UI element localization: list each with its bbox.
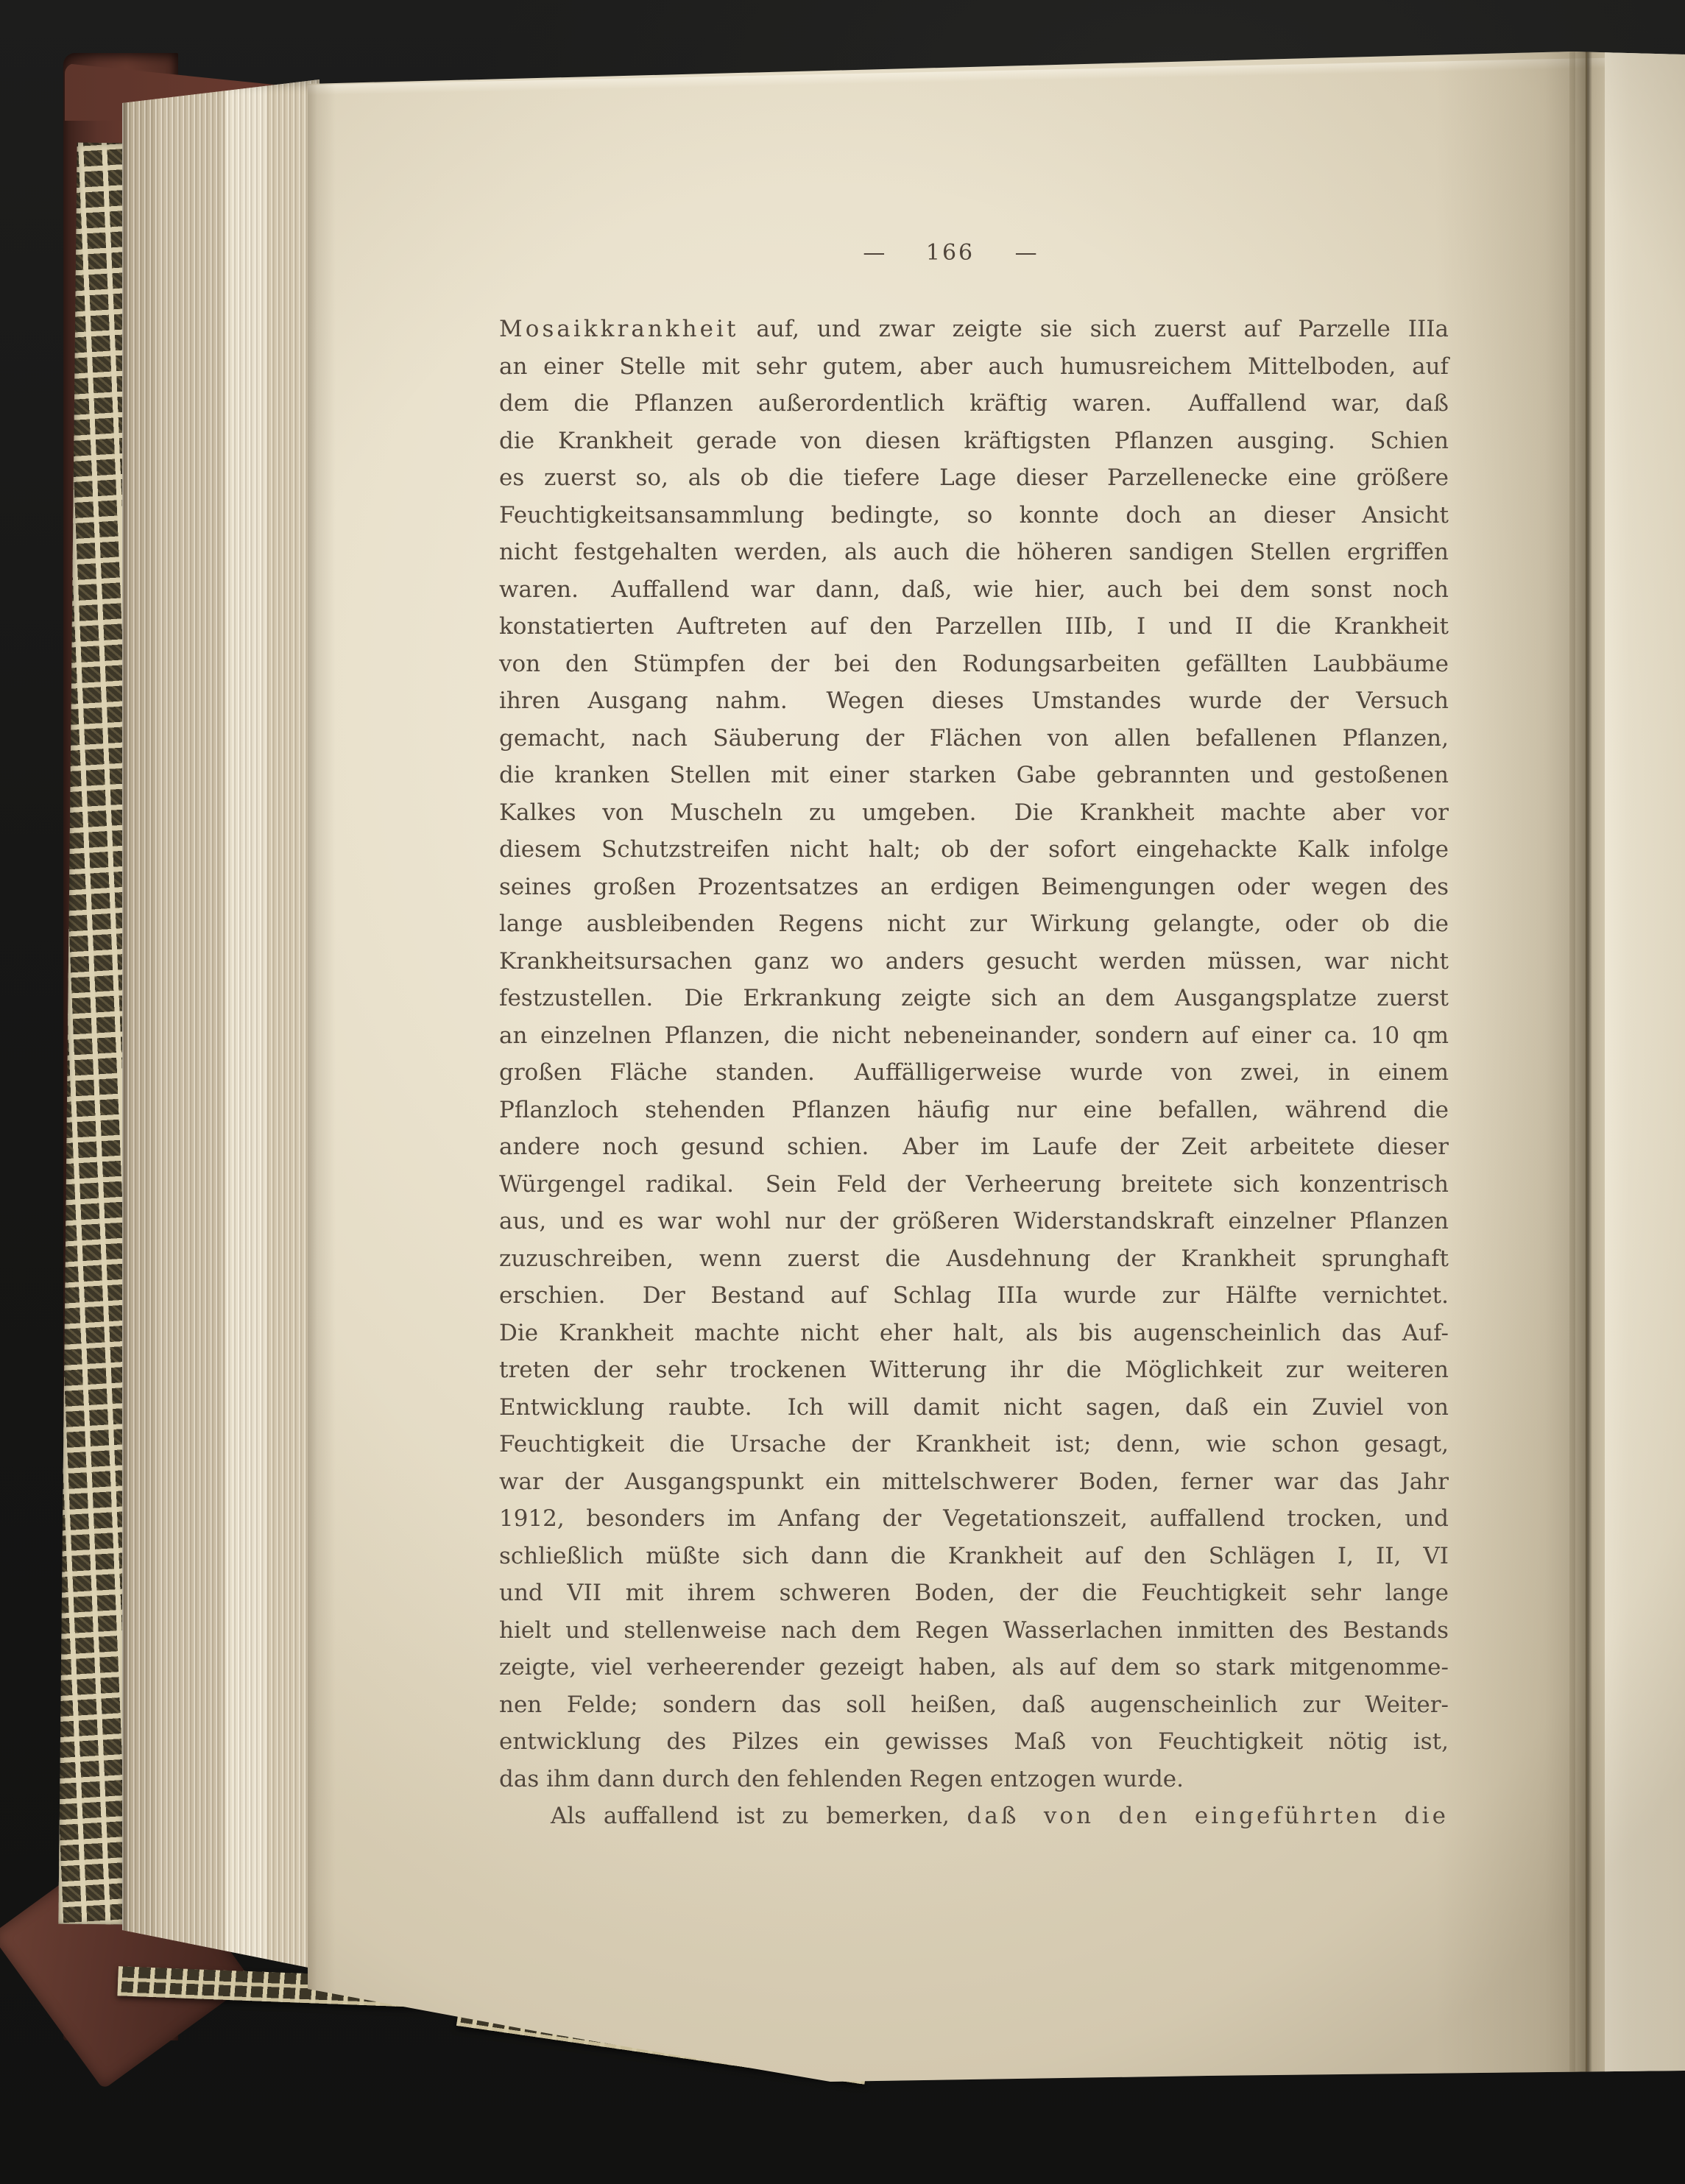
body-text: Entwicklung raubte. Ich will damit nicht… bbox=[499, 1394, 1449, 1421]
text-line: war der Ausgangspunkt ein mittelschwerer… bbox=[499, 1463, 1449, 1501]
text-line: Pflanzloch stehenden Pflanzen häufig nur… bbox=[499, 1092, 1449, 1129]
body-text: und VII mit ihrem schweren Boden, der di… bbox=[499, 1580, 1449, 1606]
body-text: Feuchtigkeitsansammlung bedingte, so kon… bbox=[499, 502, 1449, 529]
body-text: entwicklung des Pilzes ein gewisses Maß … bbox=[499, 1728, 1449, 1755]
text-line: das ihm dann durch den fehlenden Regen e… bbox=[499, 1761, 1449, 1798]
text-line: hielt und stellenweise nach dem Regen Wa… bbox=[499, 1612, 1449, 1650]
body-text: Als auffallend ist zu bemerken, bbox=[551, 1803, 967, 1829]
text-line: die Krankheit gerade von diesen kräftigs… bbox=[499, 423, 1449, 460]
header-dash-right: — bbox=[1015, 234, 1038, 272]
body-text: die kranken Stellen mit einer starken Ga… bbox=[499, 762, 1449, 788]
body-text: zuzuschreiben, wenn zuerst die Ausdehnun… bbox=[499, 1245, 1449, 1272]
letterspaced-text: Mosaikkrankheit bbox=[499, 316, 738, 342]
text-line: aus, und es war wohl nur der größeren Wi… bbox=[499, 1203, 1449, 1240]
text-line: großen Fläche standen. Auffälligerweise … bbox=[499, 1054, 1449, 1092]
text-line: Würgengel radikal. Sein Feld der Verheer… bbox=[499, 1166, 1449, 1204]
text-line: erschien. Der Bestand auf Schlag IIIa wu… bbox=[499, 1277, 1449, 1315]
body-text: waren. Auffallend war dann, daß, wie hie… bbox=[499, 576, 1449, 603]
body-text: an einzelnen Pflanzen, die nicht nebenei… bbox=[499, 1022, 1449, 1049]
body-text: diesem Schutzstreifen nicht halt; ob der… bbox=[499, 836, 1449, 863]
body-text: hielt und stellenweise nach dem Regen Wa… bbox=[499, 1617, 1449, 1644]
header-dash-left: — bbox=[863, 234, 886, 272]
text-line: an einer Stelle mit sehr gutem, aber auc… bbox=[499, 348, 1449, 386]
text-line: Krankheitsursachen ganz wo anders gesuch… bbox=[499, 943, 1449, 980]
body-text: das ihm dann durch den fehlenden Regen e… bbox=[499, 1766, 1184, 1792]
body-text: schließlich müßte sich dann die Krankhei… bbox=[499, 1543, 1449, 1569]
body-text: erschien. Der Bestand auf Schlag IIIa wu… bbox=[499, 1282, 1449, 1309]
text-line: diesem Schutzstreifen nicht halt; ob der… bbox=[499, 831, 1449, 869]
text-line: gemacht, nach Säuberung der Flächen von … bbox=[499, 720, 1449, 757]
body-text: großen Fläche standen. Auffälligerweise … bbox=[499, 1059, 1449, 1086]
text-line: konstatierten Auftreten auf den Parzelle… bbox=[499, 608, 1449, 646]
body-text: andere noch gesund schien. Aber im Laufe… bbox=[499, 1134, 1449, 1160]
body-text: es zuerst so, als ob die tiefere Lage di… bbox=[499, 464, 1449, 491]
body-text: Kalkes von Muscheln zu umgeben. Die Kran… bbox=[499, 799, 1449, 826]
text-line: Die Krankheit machte nicht eher halt, al… bbox=[499, 1315, 1449, 1352]
text-line: Mosaikkrankheit auf, und zwar zeigte sie… bbox=[499, 311, 1449, 348]
body-text: ihren Ausgang nahm. Wegen dieses Umstand… bbox=[499, 688, 1449, 714]
text-line: es zuerst so, als ob die tiefere Lage di… bbox=[499, 459, 1449, 497]
text-line: die kranken Stellen mit einer starken Ga… bbox=[499, 757, 1449, 794]
text-line: andere noch gesund schien. Aber im Laufe… bbox=[499, 1128, 1449, 1166]
text-line: lange ausbleibenden Regens nicht zur Wir… bbox=[499, 905, 1449, 943]
running-head: — 166 — bbox=[476, 234, 1425, 272]
page-fore-edge-stack bbox=[122, 77, 319, 2005]
body-text: konstatierten Auftreten auf den Parzelle… bbox=[499, 613, 1449, 640]
text-line: und VII mit ihrem schweren Boden, der di… bbox=[499, 1575, 1449, 1612]
text-line: ihren Ausgang nahm. Wegen dieses Umstand… bbox=[499, 682, 1449, 720]
text-line: zeigte, viel verheerender gezeigt haben,… bbox=[499, 1649, 1449, 1686]
text-line: zuzuschreiben, wenn zuerst die Ausdehnun… bbox=[499, 1240, 1449, 1278]
text-line: 1912, besonders im Anfang der Vegetation… bbox=[499, 1500, 1449, 1538]
text-line: von den Stümpfen der bei den Rodungsarbe… bbox=[499, 646, 1449, 683]
body-text: von den Stümpfen der bei den Rodungsarbe… bbox=[499, 651, 1449, 677]
letterspaced-text: daß von den eingeführten die bbox=[967, 1803, 1449, 1829]
text-line: Feuchtigkeitsansammlung bedingte, so kon… bbox=[499, 497, 1449, 534]
text-line: treten der sehr trockenen Witterung ihr … bbox=[499, 1351, 1449, 1389]
text-line: entwicklung des Pilzes ein gewisses Maß … bbox=[499, 1723, 1449, 1761]
body-text: aus, und es war wohl nur der größeren Wi… bbox=[499, 1208, 1449, 1234]
scanned-book-photo: — 166 — Mosaikkrankheit auf, und zwar ze… bbox=[0, 0, 1685, 2184]
text-line: festzustellen. Die Erkrankung zeigte sic… bbox=[499, 980, 1449, 1017]
text-line: an einzelnen Pflanzen, die nicht nebenei… bbox=[499, 1017, 1449, 1055]
body-text: Feuchtigkeit die Ursache der Krankheit i… bbox=[499, 1431, 1449, 1457]
body-text: war der Ausgangspunkt ein mittelschwerer… bbox=[499, 1469, 1449, 1495]
text-line: Als auffallend ist zu bemerken, daß von … bbox=[499, 1798, 1449, 1835]
body-text: treten der sehr trockenen Witterung ihr … bbox=[499, 1357, 1449, 1383]
text-line: nen Felde; sondern das soll heißen, daß … bbox=[499, 1686, 1449, 1724]
body-text: Würgengel radikal. Sein Feld der Verheer… bbox=[499, 1171, 1449, 1198]
text-line: Kalkes von Muscheln zu umgeben. Die Kran… bbox=[499, 794, 1449, 832]
body-text-block: Mosaikkrankheit auf, und zwar zeigte sie… bbox=[499, 311, 1449, 1835]
body-text: nen Felde; sondern das soll heißen, daß … bbox=[499, 1692, 1449, 1718]
text-line: dem die Pflanzen außerordentlich kräftig… bbox=[499, 385, 1449, 423]
body-text: festzustellen. Die Erkrankung zeigte sic… bbox=[499, 985, 1449, 1011]
text-line: Feuchtigkeit die Ursache der Krankheit i… bbox=[499, 1426, 1449, 1463]
body-text: Die Krankheit machte nicht eher halt, al… bbox=[499, 1320, 1449, 1346]
text-line: waren. Auffallend war dann, daß, wie hie… bbox=[499, 571, 1449, 609]
text-line: schließlich müßte sich dann die Krankhei… bbox=[499, 1538, 1449, 1575]
body-text: 1912, besonders im Anfang der Vegetation… bbox=[499, 1505, 1449, 1532]
body-text: dem die Pflanzen außerordentlich kräftig… bbox=[499, 390, 1449, 417]
text-line: seines großen Prozentsatzes an erdigen B… bbox=[499, 869, 1449, 906]
body-text: die Krankheit gerade von diesen kräftigs… bbox=[499, 428, 1449, 454]
body-text: seines großen Prozentsatzes an erdigen B… bbox=[499, 874, 1449, 900]
body-text: nicht festgehalten werden, als auch die … bbox=[499, 539, 1449, 565]
page-number: 166 bbox=[926, 234, 975, 272]
body-text: gemacht, nach Säuberung der Flächen von … bbox=[499, 725, 1449, 752]
body-text: auf, und zwar zeigte sie sich zuerst auf… bbox=[738, 316, 1449, 342]
body-text: lange ausbleibenden Regens nicht zur Wir… bbox=[499, 911, 1449, 937]
text-line: nicht festgehalten werden, als auch die … bbox=[499, 534, 1449, 571]
body-text: Krankheitsursachen ganz wo anders gesuch… bbox=[499, 948, 1449, 975]
body-text: an einer Stelle mit sehr gutem, aber auc… bbox=[499, 353, 1449, 380]
text-line: Entwicklung raubte. Ich will damit nicht… bbox=[499, 1389, 1449, 1427]
body-text: zeigte, viel verheerender gezeigt haben,… bbox=[499, 1654, 1449, 1681]
body-text: Pflanzloch stehenden Pflanzen häufig nur… bbox=[499, 1097, 1449, 1123]
